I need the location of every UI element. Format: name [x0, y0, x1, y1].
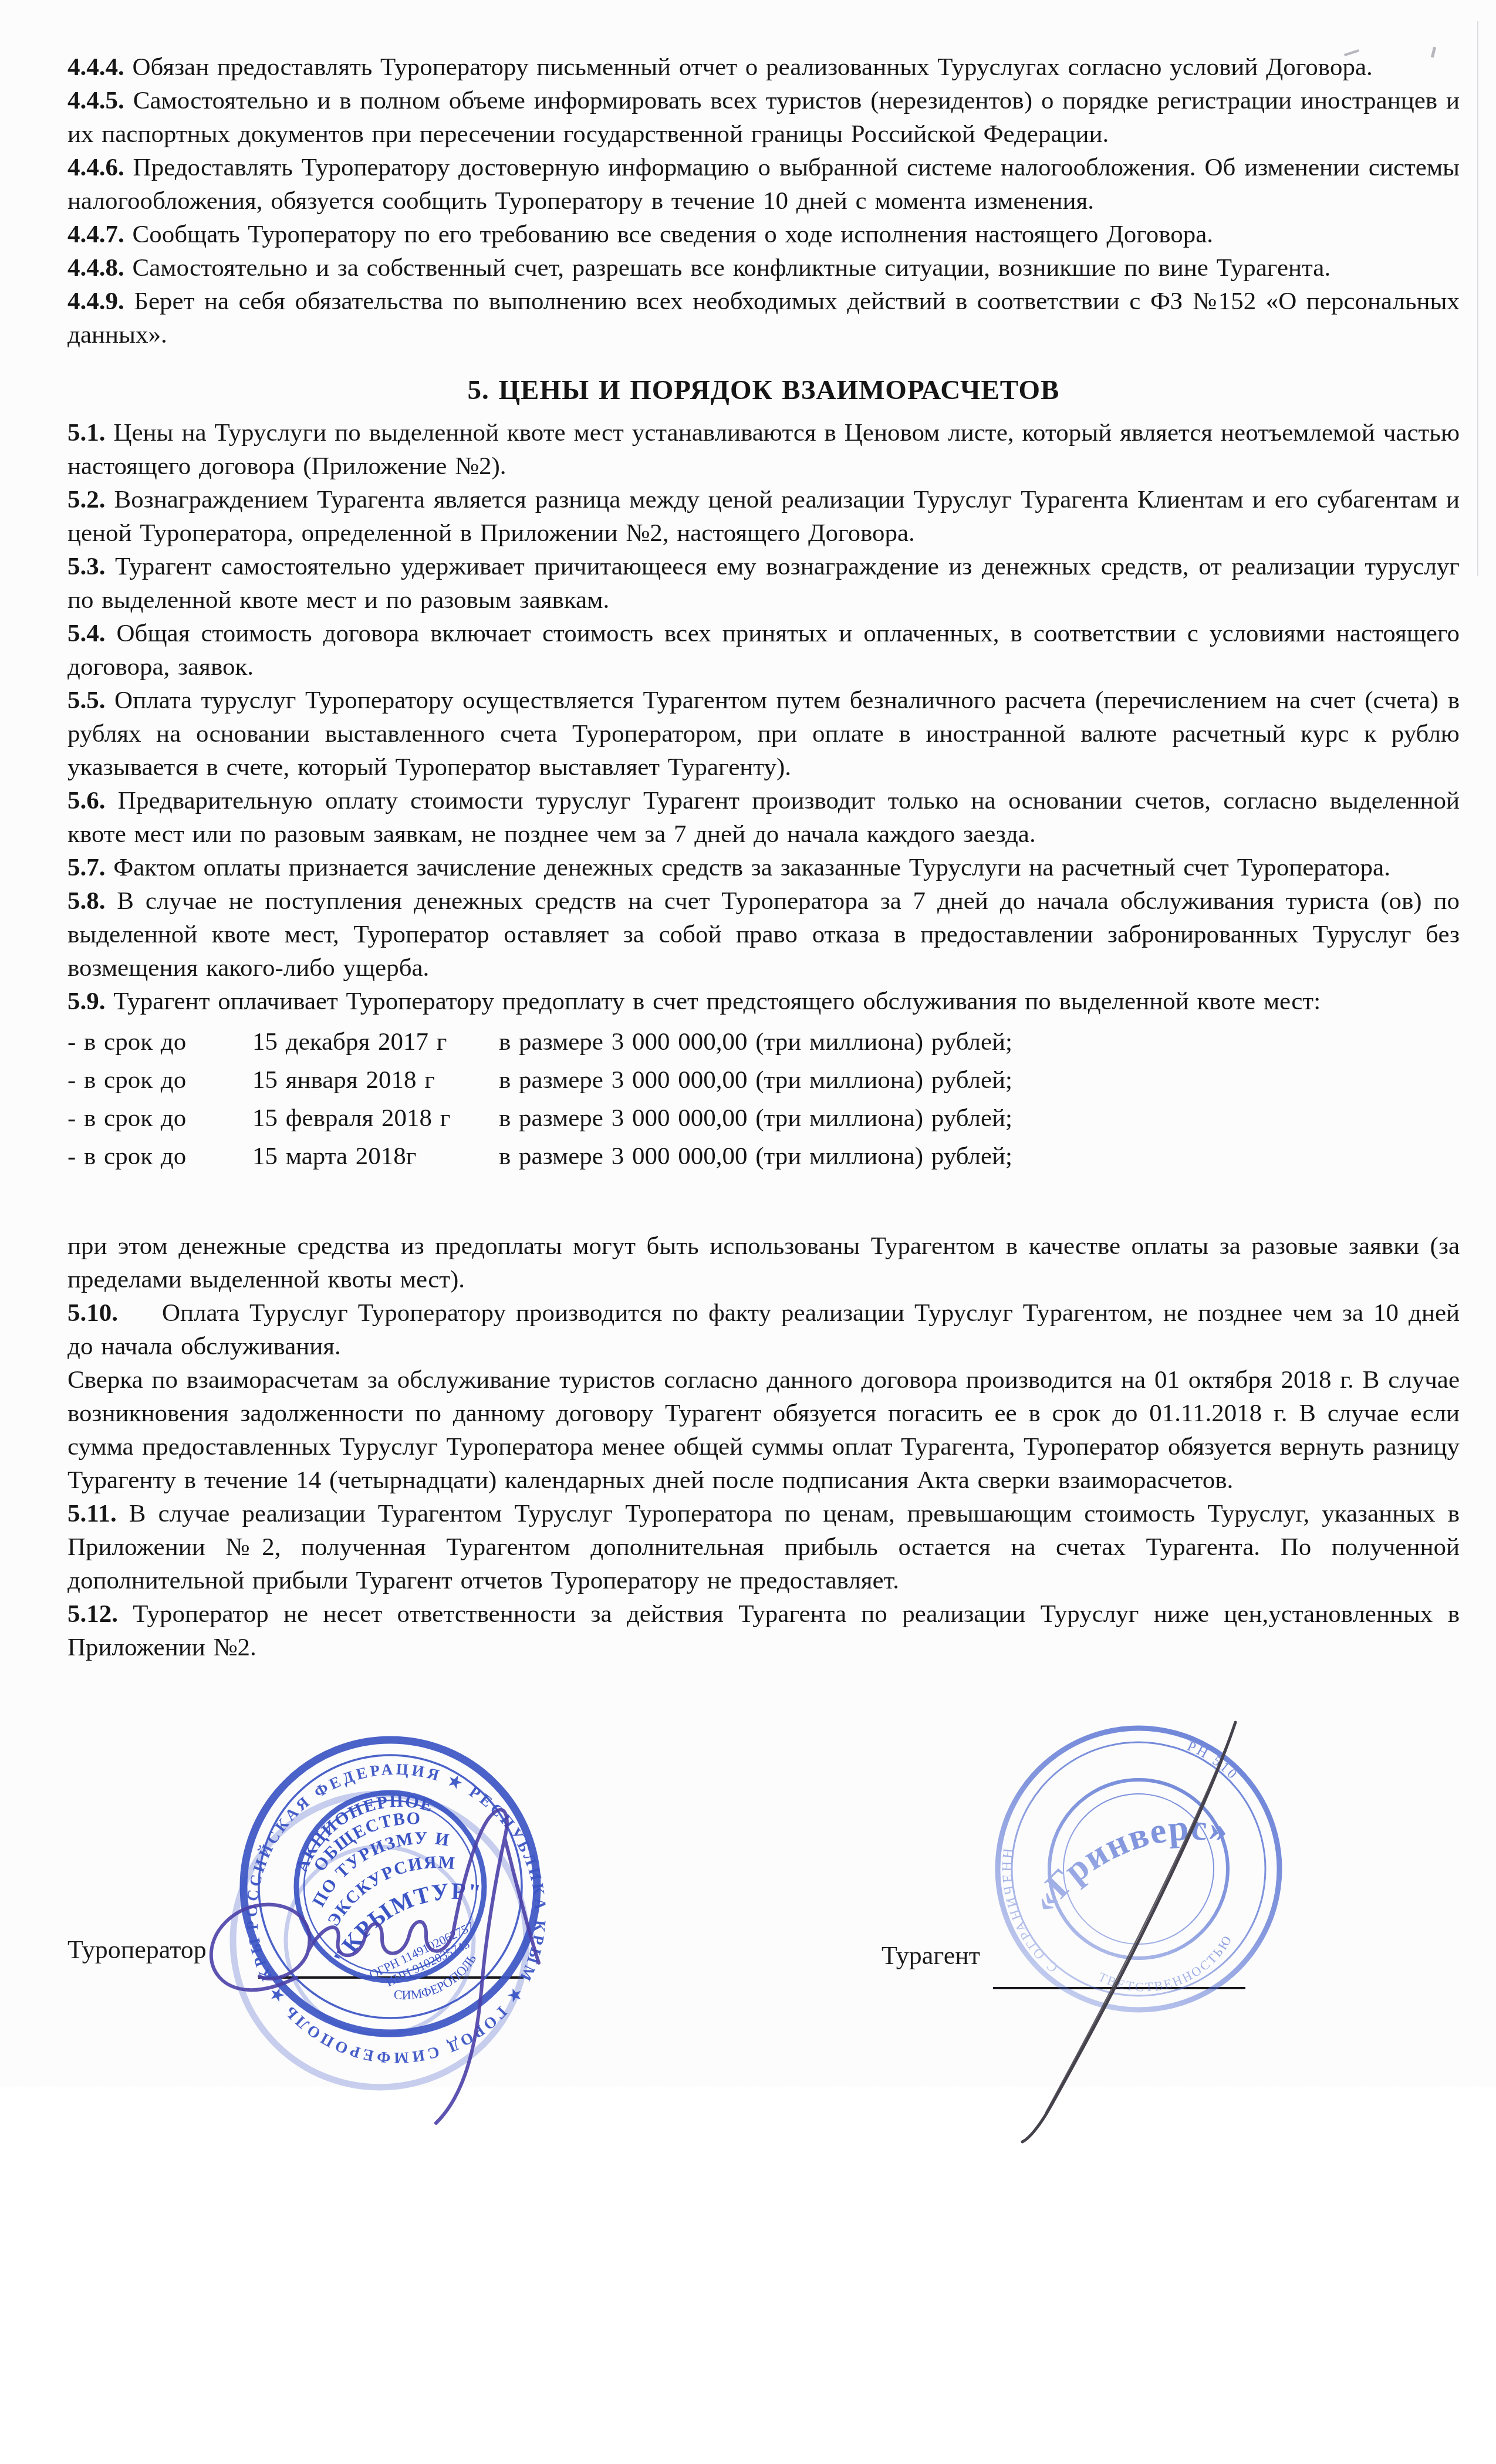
clause-5-10: 5.10. Оплата Туруслуг Туроператору произ… — [67, 1296, 1460, 1363]
clause-5-7: 5.7. Фактом оплаты признается зачисление… — [67, 851, 1460, 884]
clause-number: 5.5. — [67, 687, 106, 714]
clause-text: Турагент оплачивает Туроператору предопл… — [113, 988, 1321, 1015]
payment-term: - в срок до — [67, 1023, 252, 1061]
clause-5-11: 5.11. В случае реализации Турагентом Тур… — [67, 1497, 1460, 1597]
clause-text: В случае не поступления денежных средств… — [67, 887, 1460, 982]
payment-term: - в срок до — [67, 1061, 252, 1099]
clause-5-2: 5.2. Вознаграждением Турагента является … — [67, 483, 1460, 550]
clause-text: Оплата туруслуг Туроператору осуществляе… — [67, 687, 1460, 781]
payment-term: - в срок до — [67, 1099, 252, 1137]
tour-operator-label: Туроператор — [67, 1935, 207, 1965]
tour-operator-signature — [188, 1784, 599, 2148]
clause-text: Сообщать Туроператору по его требованию … — [133, 221, 1214, 248]
payment-row: - в срок до15 декабря 2017 гв размере 3 … — [67, 1023, 1460, 1061]
payment-row: - в срок до15 января 2018 гв размере 3 0… — [67, 1061, 1460, 1099]
clause-number: 5.2. — [67, 486, 106, 513]
clause-5-8: 5.8. В случае не поступления денежных ср… — [67, 884, 1460, 985]
payment-amount: в размере 3 000 000,00 (три миллиона) ру… — [499, 1137, 1460, 1175]
clause-number: 5.11. — [67, 1500, 117, 1527]
clause-text: Турагент самостоятельно удерживает причи… — [67, 553, 1460, 614]
clause-text: Предварительную оплату стоимости туруслу… — [67, 787, 1460, 848]
payment-amount: в размере 3 000 000,00 (три миллиона) ру… — [499, 1061, 1460, 1099]
clause-5-6: 5.6. Предварительную оплату стоимости ту… — [67, 784, 1460, 851]
clause-text: Предоставлять Туроператору достоверную и… — [67, 154, 1460, 215]
clause-5-3: 5.3. Турагент самостоятельно удерживает … — [67, 550, 1460, 617]
clause-text: Общая стоимость договора включает стоимо… — [67, 620, 1460, 681]
schedule-note: при этом денежные средства из предоплаты… — [67, 1229, 1460, 1296]
clause-number: 5.10. — [67, 1299, 118, 1327]
contract-text: 4.4.4. Обязан предоставлять Туроператору… — [67, 50, 1460, 1664]
clause-text: Обязан предоставлять Туроператору письме… — [133, 53, 1373, 81]
payment-date: 15 декабря 2017 г — [252, 1023, 499, 1061]
clause-number: 5.8. — [67, 887, 106, 915]
clause-number: 5.3. — [67, 553, 106, 580]
clause-number: 5.7. — [67, 854, 106, 881]
section-heading: 5. ЦЕНЫ И ПОРЯДОК ВЗАИМОРАСЧЕТОВ — [67, 373, 1460, 408]
payment-row: - в срок до15 марта 2018гв размере 3 000… — [67, 1137, 1460, 1175]
clause-text: Самостоятельно и за собственный счет, ра… — [133, 254, 1331, 282]
clause-number: 5.4. — [67, 620, 106, 647]
document-page: 4.4.4. Обязан предоставлять Туроператору… — [0, 0, 1496, 2464]
clause-number: 5.12. — [67, 1600, 118, 1628]
clause-4-4-9: 4.4.9. Берет на себя обязательства по вы… — [67, 285, 1460, 351]
clause-4-4-8: 4.4.8. Самостоятельно и за собственный с… — [67, 251, 1460, 285]
clause-text: Берет на себя обязательства по выполнени… — [67, 288, 1460, 349]
clause-number: 4.4.6. — [67, 154, 124, 181]
payment-date: 15 января 2018 г — [252, 1061, 499, 1099]
clause-text: В случае реализации Турагентом Туруслуг … — [67, 1500, 1460, 1594]
clause-4-4-6: 4.4.6. Предоставлять Туроператору достов… — [67, 151, 1460, 218]
clause-reconciliation: Сверка по взаиморасчетам за обслуживание… — [67, 1363, 1460, 1497]
clause-number: 4.4.9. — [67, 288, 124, 315]
clause-text: Цены на Туруслуги по выделенной квоте ме… — [67, 419, 1460, 480]
payment-date: 15 февраля 2018 г — [252, 1099, 499, 1137]
clause-text: Туроператор не несет ответственности за … — [67, 1600, 1460, 1661]
clause-5-12: 5.12. Туроператор не несет ответственнос… — [67, 1597, 1460, 1664]
clause-number: 5.9. — [67, 988, 106, 1015]
tour-agent-label: Турагент — [882, 1941, 980, 1970]
clause-5-4: 5.4. Общая стоимость договора включает с… — [67, 617, 1460, 684]
clause-4-4-5: 4.4.5. Самостоятельно и в полном объеме … — [67, 84, 1460, 151]
clause-4-4-4: 4.4.4. Обязан предоставлять Туроператору… — [67, 50, 1460, 84]
clause-number: 4.4.5. — [67, 87, 124, 114]
clause-number: 5.1. — [67, 419, 106, 447]
payment-amount: в размере 3 000 000,00 (три миллиона) ру… — [499, 1023, 1460, 1061]
scan-edge-line — [1477, 21, 1478, 576]
payment-amount: в размере 3 000 000,00 (три миллиона) ру… — [499, 1099, 1460, 1137]
payment-schedule: - в срок до15 декабря 2017 гв размере 3 … — [67, 1023, 1460, 1175]
clause-4-4-7: 4.4.7. Сообщать Туроператору по его треб… — [67, 218, 1460, 251]
clause-5-5: 5.5. Оплата туруслуг Туроператору осущес… — [67, 684, 1460, 784]
clause-text: Сверка по взаиморасчетам за обслуживание… — [67, 1366, 1460, 1494]
clause-5-1: 5.1. Цены на Туруслуги по выделенной кво… — [67, 416, 1460, 483]
tour-agent-pen-stroke — [968, 1702, 1262, 2159]
clause-5-9: 5.9. Турагент оплачивает Туроператору пр… — [67, 985, 1460, 1018]
clause-text: Оплата Туруслуг Туроператору производитс… — [67, 1299, 1460, 1360]
payment-row: - в срок до15 февраля 2018 гв размере 3 … — [67, 1099, 1460, 1137]
payment-date: 15 марта 2018г — [252, 1137, 499, 1175]
clause-number: 4.4.7. — [67, 221, 124, 248]
payment-term: - в срок до — [67, 1137, 252, 1175]
clause-number: 4.4.8. — [67, 254, 124, 282]
clause-text: Фактом оплаты признается зачисление дене… — [113, 854, 1390, 881]
clause-number: 4.4.4. — [67, 53, 124, 81]
clause-text: Самостоятельно и в полном объеме информи… — [67, 87, 1460, 148]
clause-text: Вознаграждением Турагента является разни… — [67, 486, 1460, 547]
clause-number: 5.6. — [67, 787, 106, 814]
